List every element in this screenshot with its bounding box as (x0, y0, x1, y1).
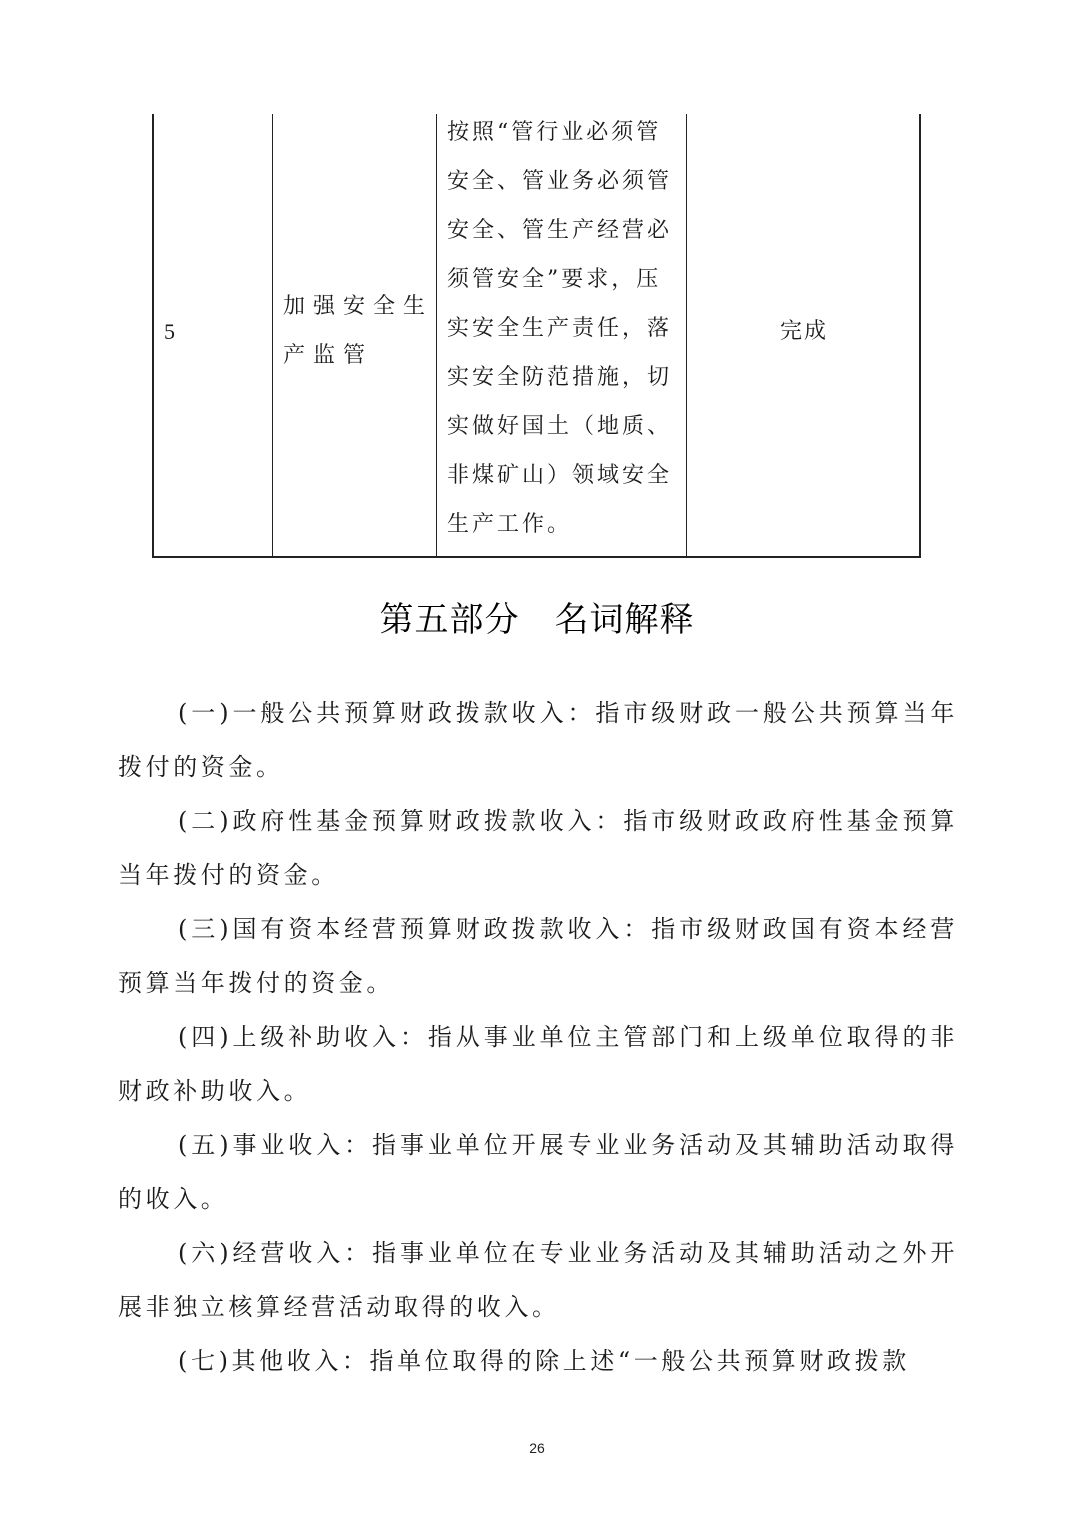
definition-paragraph: (一)一般公共预算财政拨款收入：指市级财政一般公共预算当年拨付的资金。 (118, 686, 958, 794)
row-index: 5 (164, 307, 177, 356)
definition-paragraph: (六)经营收入：指事业单位在专业业务活动及其辅助活动之外开展非独立核算经营活动取… (118, 1226, 958, 1334)
task-description: 按照“管行业必须管安全、管业务必须管安全、管生产经营必须管安全”要求，压实安全生… (447, 108, 685, 549)
definition-paragraph: (二)政府性基金预算财政拨款收入：指市级财政政府性基金预算当年拨付的资金。 (118, 794, 958, 902)
table-cell-description: 按照“管行业必须管安全、管业务必须管安全、管生产经营必须管安全”要求，压实安全生… (437, 114, 687, 556)
table-cell-status: 完成 (687, 114, 921, 556)
definition-paragraph: (三)国有资本经营预算财政拨款收入：指市级财政国有资本经营预算当年拨付的资金。 (118, 902, 958, 1010)
definition-paragraph: (七)其他收入：指单位取得的除上述“一般公共预算财政拨款 (118, 1334, 958, 1388)
definitions-list: (一)一般公共预算财政拨款收入：指市级财政一般公共预算当年拨付的资金。 (二)政… (118, 686, 958, 1388)
table-cell-task: 加强安全生产监管 (273, 114, 437, 556)
task-table-fragment: 5 加强安全生产监管 按照“管行业必须管安全、管业务必须管安全、管生产经营必须管… (152, 114, 921, 558)
definition-paragraph: (五)事业收入：指事业单位开展专业业务活动及其辅助活动取得的收入。 (118, 1118, 958, 1226)
definition-paragraph: (四)上级补助收入：指从事业单位主管部门和上级单位取得的非财政补助收入。 (118, 1010, 958, 1118)
task-status: 完成 (687, 307, 921, 356)
task-name: 加强安全生产监管 (283, 282, 433, 380)
page-number: 26 (0, 1440, 1074, 1456)
section-title: 第五部分 名词解释 (0, 592, 1074, 641)
table-cell-index: 5 (154, 114, 273, 556)
